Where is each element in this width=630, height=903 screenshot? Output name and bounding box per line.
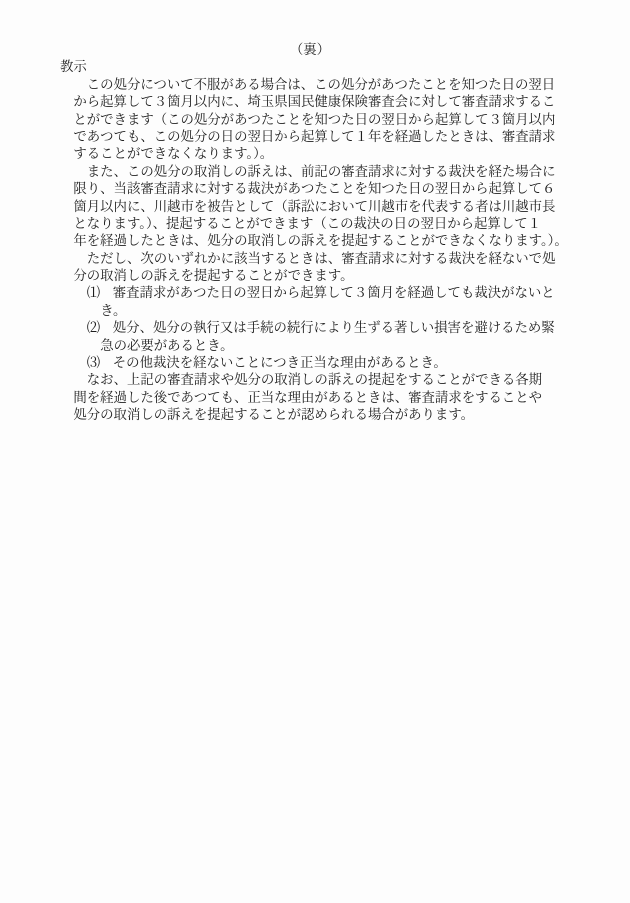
paragraph-line: 分の取消しの訴えを提起することができます。 [60,268,600,285]
list-item-1-marker: ⑴ [87,285,113,302]
paragraph-line: とができます（この処分があつたことを知つた日の翌日から起算して３箇月以内 [60,112,600,129]
paragraph-line: 処分の取消しの訴えを提起することが認められる場合があります。 [60,407,600,424]
paragraph-line: であつても、この処分の日の翌日から起算して１年を経過したときは、審査請求 [60,129,600,146]
paragraph-line: また、この処分の取消しの訴えは、前記の審査請求に対する裁決を経た場合に [60,164,600,181]
list-item-3-marker: ⑶ [87,355,113,372]
document-page-back: （裏） 教示 この処分について不服がある場合は、この処分があつたことを知つた日の… [0,0,630,903]
numbered-exception-list: ⑴審査請求があつた日の翌日から起算して３箇月を経過しても裁決がないと き。 ⑵処… [60,285,600,372]
list-item-2-text: 処分、処分の執行又は手続の続行により生ずる著しい損害を避けるため緊 [113,321,555,336]
list-item-2-marker: ⑵ [87,320,113,337]
paragraph-line: 間を経過した後であつても、正当な理由があるときは、審査請求をすることや [60,390,600,407]
list-item-1-line: ⑴審査請求があつた日の翌日から起算して３箇月を経過しても裁決がないと [60,285,600,302]
list-item-1-text: 審査請求があつた日の翌日から起算して３箇月を経過しても裁決がないと [113,286,555,301]
paragraph-line: この処分について不服がある場合は、この処分があつたことを知つた日の翌日 [60,77,600,94]
paragraph-line: から起算して３箇月以内に、埼玉県国民健康保険審査会に対して審査請求するこ [60,94,600,111]
paragraph-line: ただし、次のいずれかに該当するときは、審査請求に対する裁決を経ないで処 [60,251,600,268]
paragraph-exceptions-intro: ただし、次のいずれかに該当するときは、審査請求に対する裁決を経ないで処 分の取消… [60,251,600,286]
list-item-1-continuation: き。 [60,303,600,320]
paragraph-appeal-request: この処分について不服がある場合は、この処分があつたことを知つた日の翌日 から起算… [60,77,600,164]
list-item-2-line: ⑵処分、処分の執行又は手続の続行により生ずる著しい損害を避けるため緊 [60,320,600,337]
paragraph-line: となります。）、提起することができます（この裁決の日の翌日から起算して１ [60,216,600,233]
paragraph-line: なお、上記の審査請求や処分の取消しの訴えの提起をすることができる各期 [60,372,600,389]
list-item-3-line: ⑶その他裁決を経ないことにつき正当な理由があるとき。 [60,355,600,372]
document-text-block: （裏） 教示 この処分について不服がある場合は、この処分があつたことを知つた日の… [60,42,600,425]
paragraph-line: 限り、当該審査請求に対する裁決があつたことを知つた日の翌日から起算して６ [60,181,600,198]
list-item-3-text: その他裁決を経ないことにつき正当な理由があるとき。 [113,356,447,371]
paragraph-line: 箇月以内に、川越市を被告として（訴訟において川越市を代表する者は川越市長 [60,199,600,216]
paragraph-revocation-suit: また、この処分の取消しの訴えは、前記の審査請求に対する裁決を経た場合に 限り、当… [60,164,600,251]
side-label: （裏） [60,42,560,59]
paragraph-line: 年を経過したときは、処分の取消しの訴えを提起することができなくなります。）。 [60,233,600,250]
list-item-2-continuation: 急の必要があるとき。 [60,338,600,355]
paragraph-justifiable-reason: なお、上記の審査請求や処分の取消しの訴えの提起をすることができる各期 間を経過し… [60,372,600,424]
section-heading: 教示 [60,59,600,76]
paragraph-line: することができなくなります。）。 [60,146,600,163]
